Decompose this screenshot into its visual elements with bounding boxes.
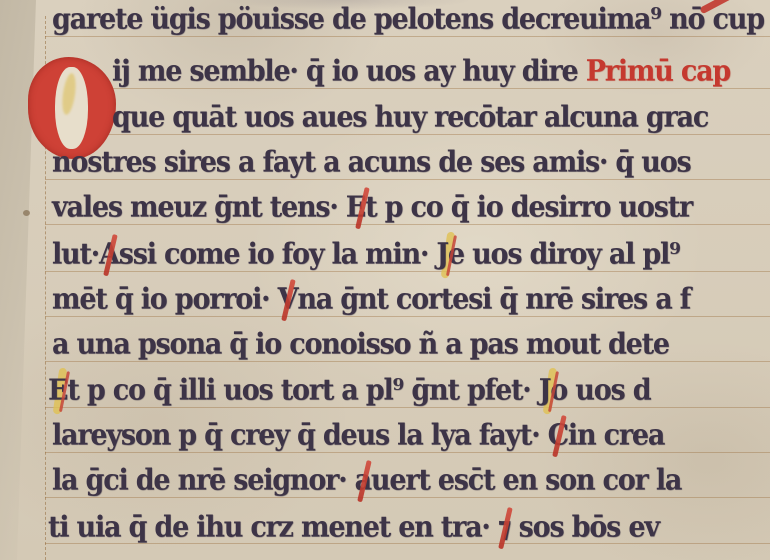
- manuscript-line-3: que quāt uos aues huy recōtar alcuna gra…: [112, 99, 708, 137]
- manuscript-line-5: vales meuz ḡnt tens· Et p co q̄ io desir…: [52, 189, 692, 227]
- rubricated-letter: V: [278, 281, 298, 319]
- text-segment: que quāt uos aues huy recōtar alcuna gra…: [112, 101, 708, 134]
- text-segment: mēt q̄ io porroi·: [52, 283, 278, 316]
- rubricated-letter: C: [548, 417, 568, 455]
- manuscript-line-9: Et p co q̄ illi uos tort a pl⁹ ḡnt pfet·…: [48, 372, 650, 410]
- text-segment: lut·: [52, 238, 99, 271]
- rubricated-letter: ⁊: [498, 509, 511, 547]
- manuscript-line-7: mēt q̄ io porroi· Vna ḡnt cortesi q̄ nrē…: [52, 281, 690, 319]
- manuscript-line-1: garete ügis pöuisse de pelotens decreuim…: [52, 1, 764, 39]
- text-segment: a una psona q̄ io conoisso ñ a pas mout …: [52, 328, 669, 361]
- text-segment: uos d: [567, 374, 650, 407]
- text-segment: la ḡci de nrē seignor·: [52, 464, 355, 497]
- text-segment: in crea: [568, 419, 664, 452]
- manuscript-line-6: lut·Assi come io foy la min· Je uos diro…: [52, 236, 680, 274]
- text-segment: vales meuz ḡnt tens·: [52, 191, 346, 224]
- text-segment: na ḡnt cortesi q̄ nrē sires a f: [297, 283, 690, 316]
- manuscript-line-4: nostres sires a fayt a acuns de ses amis…: [52, 144, 691, 182]
- text-segment: p co q̄ io desirro uostr: [376, 191, 692, 224]
- text-segment: ssi come io foy la min·: [119, 238, 437, 271]
- rubricated-letter: A: [99, 236, 119, 274]
- manuscript-line-12: ti uia q̄ de ihu crz menet en tra· ⁊ sos…: [48, 509, 659, 547]
- text-segment: garete ügis pöuisse de pelotens decreuim…: [52, 3, 764, 36]
- text-segment: ti uia q̄ de ihu crz menet en tra·: [48, 511, 498, 544]
- yellow-touched-letter: Et: [48, 372, 79, 410]
- manuscript-line-11: la ḡci de nrē seignor· auert esc̄t en so…: [52, 462, 681, 500]
- text-segment: p co q̄ illi uos tort a pl⁹ ḡnt pfet·: [79, 374, 539, 407]
- text-segment: lareyson p q̄ crey q̄ deus la lya fayt·: [52, 419, 548, 452]
- rubric-text: Primū cap: [586, 55, 730, 88]
- text-segment: sos bōs ev: [510, 511, 658, 544]
- yellow-touched-letter: Jo: [539, 372, 567, 410]
- rubricated-letter: Et: [346, 189, 377, 227]
- rubricated-letter: a: [355, 462, 371, 500]
- yellow-touched-letter: Je: [436, 236, 464, 274]
- manuscript-line-8: a una psona q̄ io conoisso ñ a pas mout …: [52, 326, 669, 364]
- text-segment: uos diroy al pl⁹: [464, 238, 680, 271]
- text-segment: ij me semble· q̄ io uos ay huy dire: [112, 55, 586, 88]
- margin-ink-dot: [23, 210, 30, 216]
- manuscript-line-10: lareyson p q̄ crey q̄ deus la lya fayt· …: [52, 417, 664, 455]
- text-segment: uert esc̄t en son cor la: [371, 464, 681, 497]
- manuscript-page: garete ügis pöuisse de pelotens decreuim…: [0, 0, 770, 560]
- manuscript-line-2: ij me semble· q̄ io uos ay huy dire Prim…: [112, 53, 730, 91]
- text-segment: nostres sires a fayt a acuns de ses amis…: [52, 146, 691, 179]
